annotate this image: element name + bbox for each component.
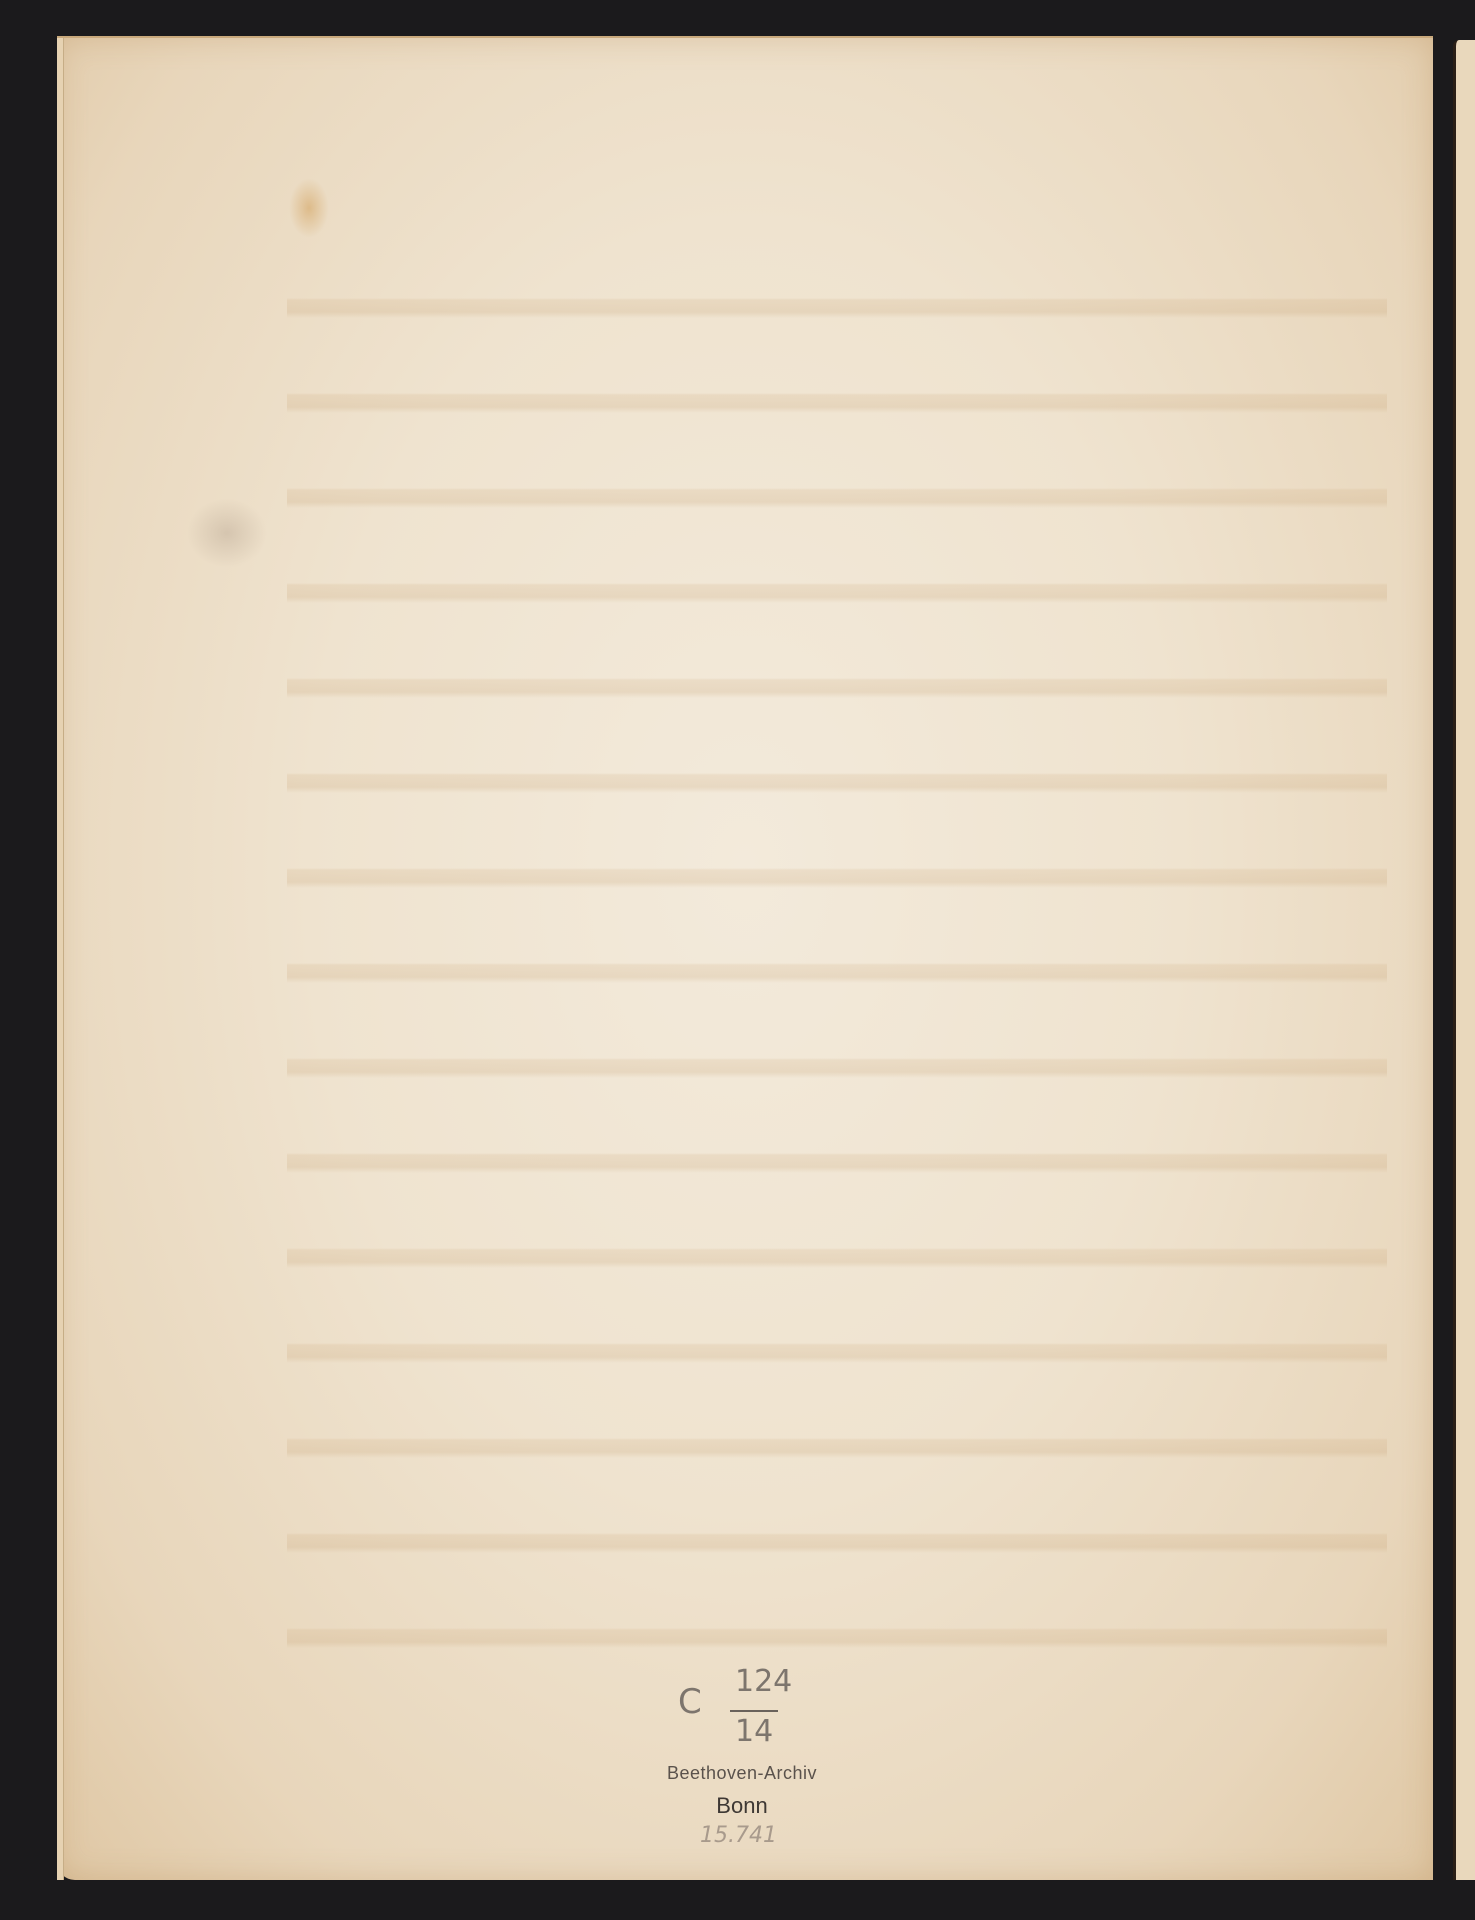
- archive-marks: C 124 14 Beethoven-Archiv Bonn 15.741: [640, 1660, 860, 1840]
- adjacent-page-edge: [1453, 40, 1475, 1880]
- archive-stamp-name: Beethoven-Archiv: [652, 1763, 832, 1784]
- foxing-stain: [187, 498, 267, 568]
- archive-stamp-city: Bonn: [652, 1793, 832, 1819]
- shelfmark-numerator: 124: [735, 1664, 792, 1699]
- document-page: [57, 36, 1433, 1880]
- inventory-number: 15.741: [700, 1823, 777, 1848]
- shelfmark-prefix: C: [678, 1682, 702, 1722]
- foxing-stain: [289, 178, 329, 238]
- shelfmark-denominator: 14: [735, 1714, 773, 1749]
- page-edge: [57, 38, 64, 1880]
- shelfmark-fraction-line: [730, 1710, 778, 1712]
- ink-bleed-through: [287, 228, 1387, 1688]
